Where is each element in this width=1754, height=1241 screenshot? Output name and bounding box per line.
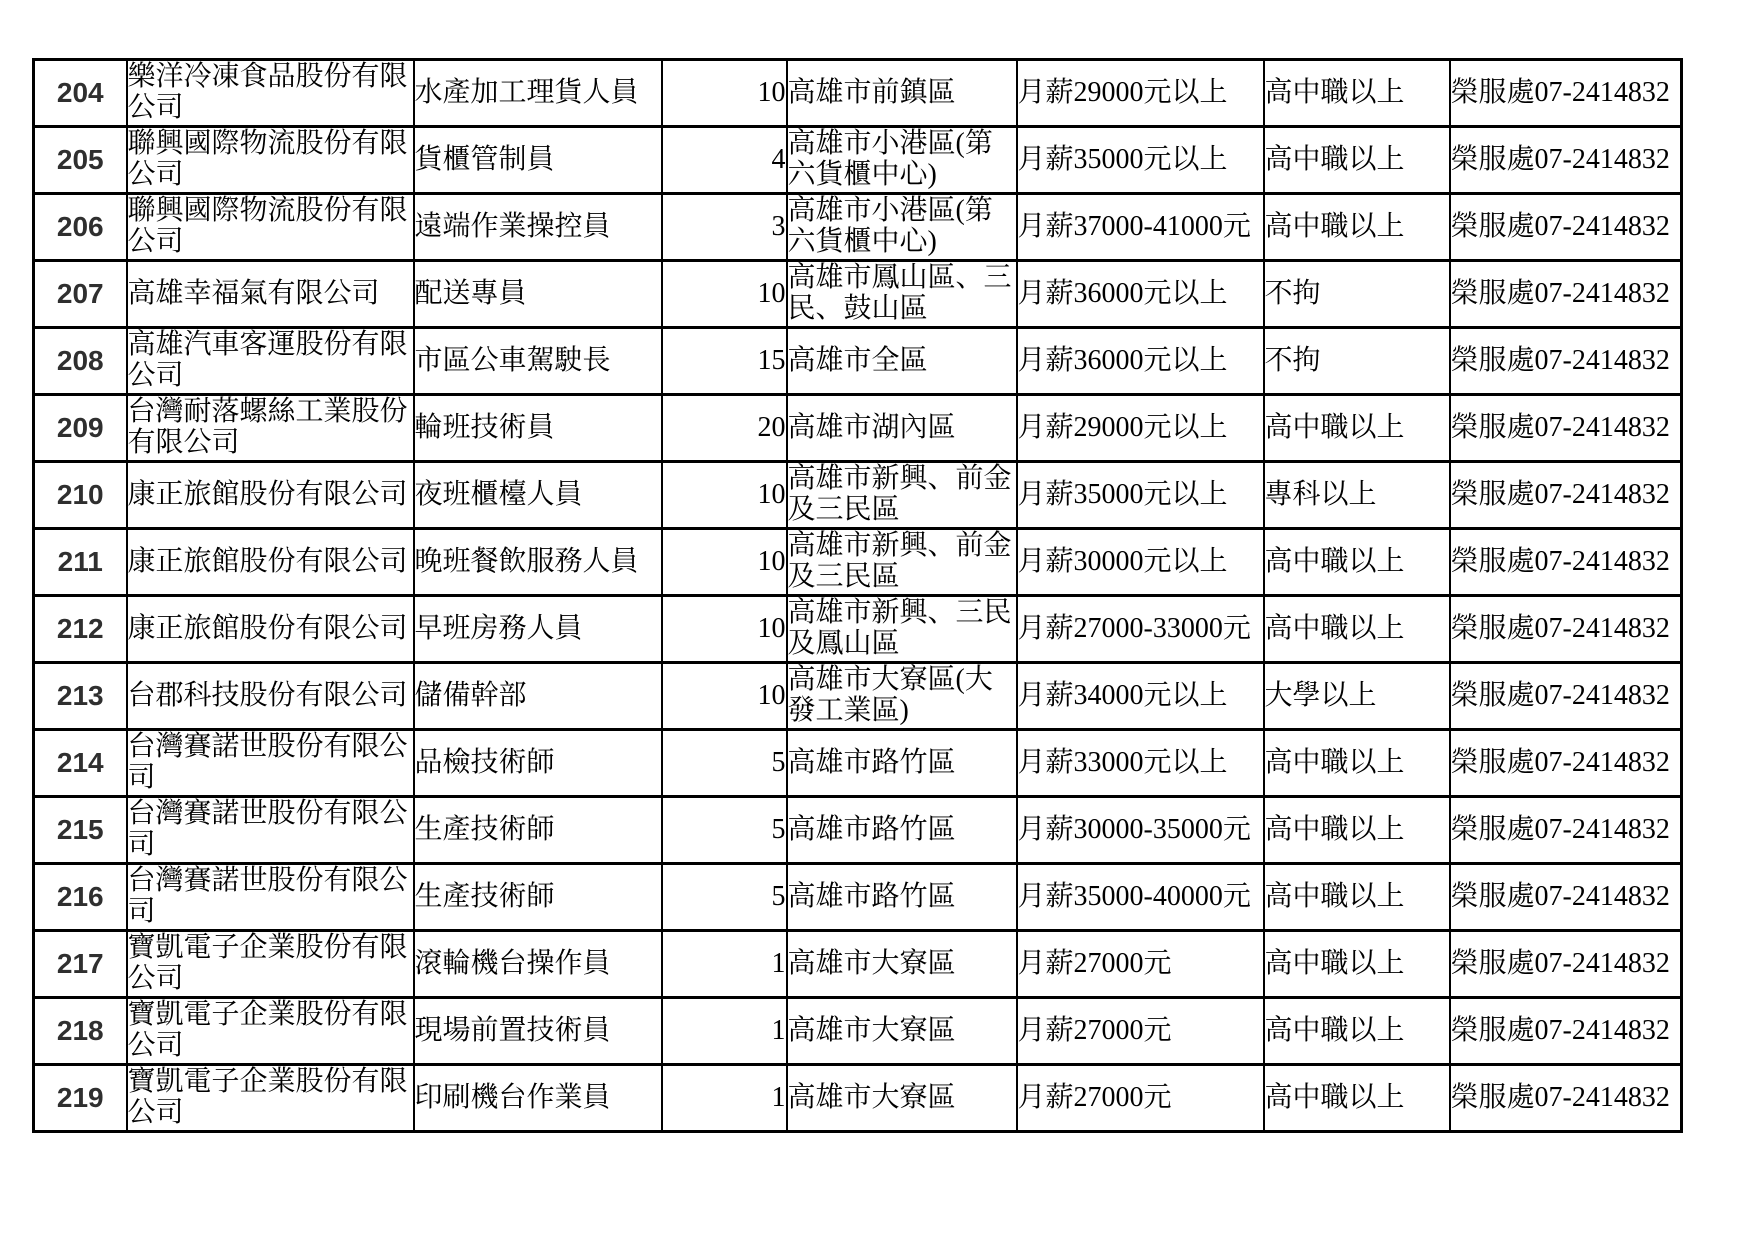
cell-company-name: 台灣賽諾世股份有限公司 [127,730,414,797]
cell-contact: 榮服處07-2414832 [1450,864,1682,931]
cell-contact: 榮服處07-2414832 [1450,261,1682,328]
cell-education: 不拘 [1264,328,1450,395]
cell-location: 高雄市大寮區 [787,998,1017,1065]
cell-row-number: 218 [34,998,127,1065]
cell-education: 高中職以上 [1264,60,1450,127]
table-row: 205 聯興國際物流股份有限公司 貨櫃管制員 4 高雄市小港區(第六貨櫃中心) … [34,127,1682,194]
cell-contact: 榮服處07-2414832 [1450,596,1682,663]
cell-salary: 月薪35000元以上 [1017,462,1264,529]
cell-openings: 10 [662,596,787,663]
cell-salary: 月薪27000元 [1017,1065,1264,1132]
cell-education: 高中職以上 [1264,864,1450,931]
cell-location: 高雄市全區 [787,328,1017,395]
cell-company-name: 高雄幸福氣有限公司 [127,261,414,328]
cell-location: 高雄市湖內區 [787,395,1017,462]
table-row: 215 台灣賽諾世股份有限公司 生產技術師 5 高雄市路竹區 月薪30000-3… [34,797,1682,864]
cell-education: 高中職以上 [1264,596,1450,663]
cell-education: 高中職以上 [1264,529,1450,596]
cell-salary: 月薪27000元 [1017,998,1264,1065]
cell-company-name: 聯興國際物流股份有限公司 [127,127,414,194]
table-row: 214 台灣賽諾世股份有限公司 品檢技術師 5 高雄市路竹區 月薪33000元以… [34,730,1682,797]
cell-row-number: 211 [34,529,127,596]
cell-job-title: 儲備幹部 [414,663,662,730]
cell-education: 高中職以上 [1264,127,1450,194]
cell-contact: 榮服處07-2414832 [1450,998,1682,1065]
cell-education: 高中職以上 [1264,395,1450,462]
cell-salary: 月薪33000元以上 [1017,730,1264,797]
cell-location: 高雄市新興、前金及三民區 [787,529,1017,596]
cell-location: 高雄市路竹區 [787,864,1017,931]
cell-location: 高雄市新興、前金及三民區 [787,462,1017,529]
cell-row-number: 219 [34,1065,127,1132]
cell-contact: 榮服處07-2414832 [1450,395,1682,462]
cell-education: 高中職以上 [1264,730,1450,797]
table-row: 212 康正旅館股份有限公司 早班房務人員 10 高雄市新興、三民及鳳山區 月薪… [34,596,1682,663]
cell-location: 高雄市大寮區 [787,931,1017,998]
table-row: 209 台灣耐落螺絲工業股份有限公司 輪班技術員 20 高雄市湖內區 月薪290… [34,395,1682,462]
cell-contact: 榮服處07-2414832 [1450,127,1682,194]
cell-education: 高中職以上 [1264,998,1450,1065]
cell-job-title: 晚班餐飲服務人員 [414,529,662,596]
table-row: 213 台郡科技股份有限公司 儲備幹部 10 高雄市大寮區(大發工業區) 月薪3… [34,663,1682,730]
cell-company-name: 康正旅館股份有限公司 [127,529,414,596]
cell-openings: 5 [662,730,787,797]
cell-row-number: 216 [34,864,127,931]
cell-company-name: 台灣賽諾世股份有限公司 [127,797,414,864]
cell-job-title: 遠端作業操控員 [414,194,662,261]
cell-job-title: 滾輪機台操作員 [414,931,662,998]
document-page: 204 樂洋冷凍食品股份有限公司 水產加工理貨人員 10 高雄市前鎮區 月薪29… [0,0,1754,1241]
cell-education: 高中職以上 [1264,931,1450,998]
cell-openings: 10 [662,261,787,328]
table-row: 206 聯興國際物流股份有限公司 遠端作業操控員 3 高雄市小港區(第六貨櫃中心… [34,194,1682,261]
cell-row-number: 214 [34,730,127,797]
cell-openings: 15 [662,328,787,395]
table-row: 217 寶凱電子企業股份有限公司 滾輪機台操作員 1 高雄市大寮區 月薪2700… [34,931,1682,998]
cell-salary: 月薪36000元以上 [1017,328,1264,395]
cell-contact: 榮服處07-2414832 [1450,663,1682,730]
cell-company-name: 台灣耐落螺絲工業股份有限公司 [127,395,414,462]
cell-row-number: 215 [34,797,127,864]
cell-openings: 4 [662,127,787,194]
cell-company-name: 寶凱電子企業股份有限公司 [127,931,414,998]
cell-openings: 10 [662,529,787,596]
cell-location: 高雄市小港區(第六貨櫃中心) [787,127,1017,194]
cell-row-number: 212 [34,596,127,663]
cell-location: 高雄市小港區(第六貨櫃中心) [787,194,1017,261]
cell-company-name: 寶凱電子企業股份有限公司 [127,998,414,1065]
cell-contact: 榮服處07-2414832 [1450,931,1682,998]
cell-job-title: 品檢技術師 [414,730,662,797]
cell-row-number: 206 [34,194,127,261]
cell-row-number: 209 [34,395,127,462]
cell-location: 高雄市大寮區(大發工業區) [787,663,1017,730]
cell-job-title: 配送專員 [414,261,662,328]
cell-contact: 榮服處07-2414832 [1450,529,1682,596]
cell-salary: 月薪29000元以上 [1017,60,1264,127]
cell-job-title: 水產加工理貨人員 [414,60,662,127]
cell-row-number: 210 [34,462,127,529]
cell-openings: 1 [662,1065,787,1132]
cell-job-title: 市區公車駕駛長 [414,328,662,395]
table-row: 218 寶凱電子企業股份有限公司 現場前置技術員 1 高雄市大寮區 月薪2700… [34,998,1682,1065]
cell-salary: 月薪27000元 [1017,931,1264,998]
table-row: 211 康正旅館股份有限公司 晚班餐飲服務人員 10 高雄市新興、前金及三民區 … [34,529,1682,596]
cell-salary: 月薪29000元以上 [1017,395,1264,462]
cell-job-title: 貨櫃管制員 [414,127,662,194]
cell-openings: 3 [662,194,787,261]
cell-row-number: 213 [34,663,127,730]
cell-contact: 榮服處07-2414832 [1450,1065,1682,1132]
cell-education: 專科以上 [1264,462,1450,529]
table-row: 208 高雄汽車客運股份有限公司 市區公車駕駛長 15 高雄市全區 月薪3600… [34,328,1682,395]
cell-openings: 20 [662,395,787,462]
cell-salary: 月薪34000元以上 [1017,663,1264,730]
cell-salary: 月薪30000元以上 [1017,529,1264,596]
cell-openings: 5 [662,797,787,864]
cell-salary: 月薪36000元以上 [1017,261,1264,328]
cell-location: 高雄市大寮區 [787,1065,1017,1132]
cell-salary: 月薪30000-35000元 [1017,797,1264,864]
cell-education: 大學以上 [1264,663,1450,730]
cell-row-number: 207 [34,261,127,328]
cell-company-name: 聯興國際物流股份有限公司 [127,194,414,261]
table-row: 216 台灣賽諾世股份有限公司 生產技術師 5 高雄市路竹區 月薪35000-4… [34,864,1682,931]
cell-openings: 10 [662,663,787,730]
cell-row-number: 204 [34,60,127,127]
table-row: 204 樂洋冷凍食品股份有限公司 水產加工理貨人員 10 高雄市前鎮區 月薪29… [34,60,1682,127]
cell-contact: 榮服處07-2414832 [1450,60,1682,127]
cell-contact: 榮服處07-2414832 [1450,797,1682,864]
cell-job-title: 夜班櫃檯人員 [414,462,662,529]
cell-education: 不拘 [1264,261,1450,328]
cell-company-name: 台郡科技股份有限公司 [127,663,414,730]
cell-location: 高雄市路竹區 [787,797,1017,864]
cell-salary: 月薪35000-40000元 [1017,864,1264,931]
cell-company-name: 高雄汽車客運股份有限公司 [127,328,414,395]
cell-location: 高雄市路竹區 [787,730,1017,797]
cell-job-title: 印刷機台作業員 [414,1065,662,1132]
cell-contact: 榮服處07-2414832 [1450,730,1682,797]
cell-row-number: 205 [34,127,127,194]
cell-location: 高雄市新興、三民及鳳山區 [787,596,1017,663]
cell-row-number: 217 [34,931,127,998]
cell-row-number: 208 [34,328,127,395]
cell-openings: 1 [662,931,787,998]
cell-education: 高中職以上 [1264,194,1450,261]
cell-location: 高雄市鳳山區、三民、鼓山區 [787,261,1017,328]
table-row: 219 寶凱電子企業股份有限公司 印刷機台作業員 1 高雄市大寮區 月薪2700… [34,1065,1682,1132]
cell-job-title: 早班房務人員 [414,596,662,663]
cell-openings: 5 [662,864,787,931]
cell-job-title: 生產技術師 [414,864,662,931]
cell-openings: 10 [662,60,787,127]
cell-job-title: 現場前置技術員 [414,998,662,1065]
cell-salary: 月薪37000-41000元 [1017,194,1264,261]
cell-contact: 榮服處07-2414832 [1450,194,1682,261]
cell-salary: 月薪27000-33000元 [1017,596,1264,663]
cell-contact: 榮服處07-2414832 [1450,462,1682,529]
table-row: 207 高雄幸福氣有限公司 配送專員 10 高雄市鳳山區、三民、鼓山區 月薪36… [34,261,1682,328]
cell-company-name: 康正旅館股份有限公司 [127,462,414,529]
cell-openings: 10 [662,462,787,529]
cell-location: 高雄市前鎮區 [787,60,1017,127]
cell-education: 高中職以上 [1264,797,1450,864]
cell-salary: 月薪35000元以上 [1017,127,1264,194]
cell-job-title: 輪班技術員 [414,395,662,462]
cell-company-name: 康正旅館股份有限公司 [127,596,414,663]
cell-openings: 1 [662,998,787,1065]
cell-education: 高中職以上 [1264,1065,1450,1132]
job-table-body: 204 樂洋冷凍食品股份有限公司 水產加工理貨人員 10 高雄市前鎮區 月薪29… [34,60,1682,1132]
job-listings-table: 204 樂洋冷凍食品股份有限公司 水產加工理貨人員 10 高雄市前鎮區 月薪29… [32,58,1683,1133]
table-row: 210 康正旅館股份有限公司 夜班櫃檯人員 10 高雄市新興、前金及三民區 月薪… [34,462,1682,529]
cell-job-title: 生產技術師 [414,797,662,864]
cell-contact: 榮服處07-2414832 [1450,328,1682,395]
cell-company-name: 樂洋冷凍食品股份有限公司 [127,60,414,127]
cell-company-name: 台灣賽諾世股份有限公司 [127,864,414,931]
cell-company-name: 寶凱電子企業股份有限公司 [127,1065,414,1132]
